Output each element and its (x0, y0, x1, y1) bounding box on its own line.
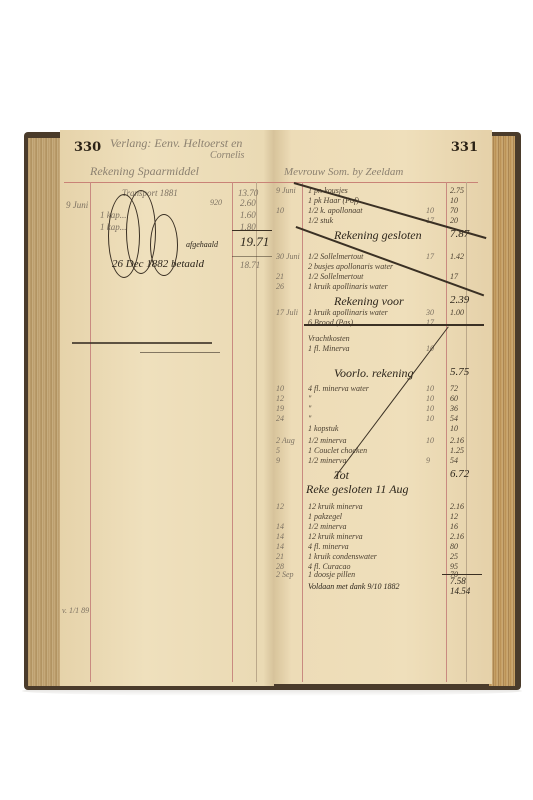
entry-amount: 1.25 (450, 446, 464, 455)
header-line-2: Cornelis (210, 150, 244, 161)
subtotal: 19.71 (240, 234, 269, 250)
entry-date: 9 Juni (66, 200, 88, 210)
entry-amount: 1.00 (450, 308, 464, 317)
entry-amount: 2.16 (450, 502, 464, 511)
header-rule (274, 182, 478, 183)
entry-date: 2 Aug (276, 436, 295, 445)
entry-qty: 30 (426, 308, 434, 317)
entry-desc: 1 kruik apollinaris water (308, 282, 388, 291)
entry-desc: Vrachtkosten (308, 334, 350, 343)
entry-desc: 1 pk Haar (Pof) (308, 196, 359, 205)
final-total-2: 14.54 (450, 586, 470, 596)
entry-amount: 13.70 (238, 188, 258, 198)
entry-desc: 1/2 Sollelmertout (308, 252, 363, 261)
entry-desc: 12 kruik minerva (308, 502, 363, 511)
header-line-1: Verlang: Eenv. Heltoerst en (110, 136, 242, 151)
entry-amount: 72 (450, 384, 458, 393)
entry-date: 21 (276, 272, 284, 281)
cents-column-rule (256, 182, 257, 682)
entry-qty: 10 (426, 436, 434, 445)
entry-total-label: Rekening gesloten (334, 228, 422, 243)
entry-amount: 70 (450, 206, 458, 215)
entry-amount: 20 (450, 216, 458, 225)
ink-stroke (140, 352, 220, 353)
entry-qty: 920 (210, 198, 222, 207)
date-column-rule (90, 182, 91, 682)
annotation: afgehaald (186, 240, 218, 249)
entry-desc: 6 Brood (Pas) (308, 318, 353, 327)
settlement-note: 26 Dec 1882 betaald (112, 258, 204, 270)
entry-amount: 12 (450, 512, 458, 521)
entry-desc: 1 kruik condenswater (308, 552, 377, 561)
ledger-book: 330 Verlang: Eenv. Heltoerst en Cornelis… (24, 128, 521, 693)
entry-amount: 1.60 (240, 210, 256, 220)
entry-desc: 1 kruik apollinaris water (308, 308, 388, 317)
entry-desc: 1/2 minerva (308, 436, 346, 445)
entry-date: 30 Juni (276, 252, 300, 261)
right-page: 331 Mevrouw Som. by Zeeldam 9 Juni1 pr. … (274, 130, 492, 684)
entry-amount: 2.16 (450, 436, 464, 445)
entry-amount: 36 (450, 404, 458, 413)
entry-desc: 1/2 minerva (308, 522, 346, 531)
amount-column-rule (446, 182, 447, 682)
entry-desc: 1/2 stuk (308, 216, 333, 225)
entry-date: 14 (276, 542, 284, 551)
entry-total-label: Voorlo. rekening (334, 366, 414, 381)
entry-amount: 60 (450, 394, 458, 403)
amount-column-rule (232, 182, 233, 682)
page-number: 330 (74, 140, 101, 155)
entry-desc: 1/2 minerva (308, 456, 346, 465)
entry-amount: 1.42 (450, 252, 464, 261)
entry-qty: 10 (426, 384, 434, 393)
entry-date: 19 (276, 404, 284, 413)
entry-date: 24 (276, 414, 284, 423)
carry-amount: 18.71 (240, 260, 260, 270)
entry-amount: 10 (450, 424, 458, 433)
left-page: 330 Verlang: Eenv. Heltoerst en Cornelis… (60, 130, 274, 686)
entry-amount: 54 (450, 414, 458, 423)
entry-date: 26 (276, 282, 284, 291)
entry-qty: 17 (426, 252, 434, 261)
entry-amount: 2.75 (450, 186, 464, 195)
entry-date: 14 (276, 522, 284, 531)
entry-amount: 16 (450, 522, 458, 531)
entry-qty: 17 (426, 318, 434, 327)
entry-date: 9 (276, 456, 280, 465)
cancel-stroke (304, 324, 484, 326)
footer-note: Voldaan met dank 9/10 1882 (308, 582, 400, 591)
entry-date: 21 (276, 552, 284, 561)
entry-qty: 10 (426, 394, 434, 403)
final-total: 7.58 (450, 576, 466, 586)
entry-desc: 4 fl. minerva (308, 542, 349, 551)
entry-date: 10 (276, 206, 284, 215)
entry-total-label: Reke gesloten 11 Aug (306, 482, 409, 497)
margin-note: v. 1/1 89 (62, 606, 89, 615)
entry-qty: 10 (426, 206, 434, 215)
carry-rule (232, 256, 272, 257)
entry-amount: 25 (450, 552, 458, 561)
date-column-rule (302, 182, 303, 682)
page-number: 331 (451, 140, 478, 155)
page-edges-right (489, 136, 515, 686)
cents-column-rule (466, 182, 467, 682)
page-edges-left (28, 138, 64, 686)
entry-desc: " (308, 394, 311, 403)
entry-date: 14 (276, 532, 284, 541)
header-line-3: Rekening Spaarmiddel (90, 164, 199, 179)
entry-desc: 1 fl. Minerva (308, 344, 350, 353)
entry-date: 10 (276, 384, 284, 393)
entry-desc: 1/2 Sollelmertout (308, 272, 363, 281)
entry-desc: 1/2 k. apollonaat (308, 206, 362, 215)
entry-desc: 1 kopstuk (308, 424, 338, 433)
entry-desc: 1 Couclet chocken (308, 446, 367, 455)
ink-stroke (72, 342, 212, 344)
entry-date: 2 Sep (276, 570, 294, 579)
final-rule (442, 574, 482, 575)
entry-desc: 4 fl. minerva water (308, 384, 369, 393)
entry-date: 5 (276, 446, 280, 455)
header: Mevrouw Som. by Zeeldam (284, 166, 403, 178)
entry-amount: 10 (450, 196, 458, 205)
entry-qty: 10 (426, 414, 434, 423)
entry-desc: 1 pakzegel (308, 512, 342, 521)
entry-amount: 54 (450, 456, 458, 465)
entry-desc: 2 busjes apollonaris water (308, 262, 393, 271)
entry-date: 9 Juni (276, 186, 296, 195)
entry-amount: 17 (450, 272, 458, 281)
entry-total: 2.39 (450, 294, 469, 306)
entry-total: 5.75 (450, 366, 469, 378)
entry-amount: 2.60 (240, 198, 256, 208)
entry-qty: 9 (426, 456, 430, 465)
entry-desc: 12 kruik minerva (308, 532, 363, 541)
entry-amount: 80 (450, 542, 458, 551)
entry-date: 12 (276, 394, 284, 403)
entry-qty: 10 (426, 404, 434, 413)
entry-total: 6.72 (450, 468, 469, 480)
subtotal-rule (232, 230, 272, 231)
entry-desc: 1 doosje pillen (308, 570, 355, 579)
entry-date: 17 Juli (276, 308, 298, 317)
entry-desc: " (308, 414, 311, 423)
entry-date: 12 (276, 502, 284, 511)
entry-total-label: Rekening voor (334, 294, 404, 309)
entry-amount: 2.16 (450, 532, 464, 541)
header-rule (64, 182, 274, 183)
entry-desc: " (308, 404, 311, 413)
